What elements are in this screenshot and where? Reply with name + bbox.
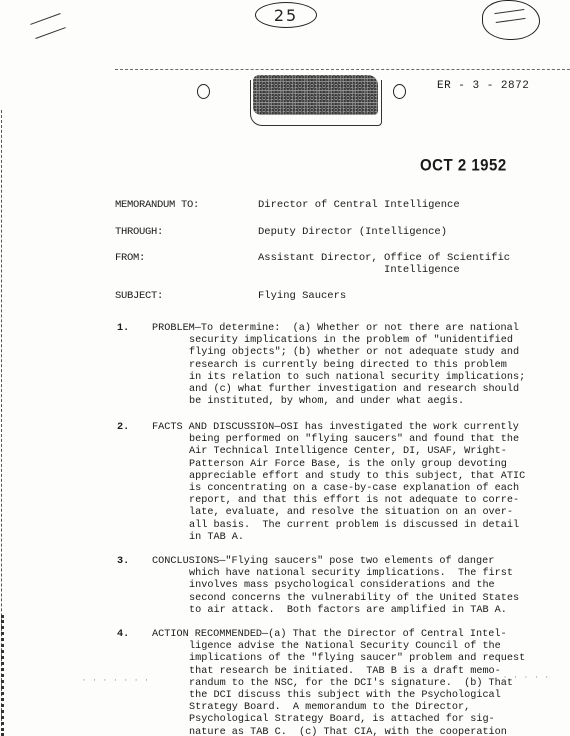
paragraph-line: ACTION RECOMMENDED—(a) That the Director…: [152, 629, 507, 641]
scanned-memo-page: 25 ER - 3 - 2872 OCT 2 1952 MEMORANDUM T…: [0, 0, 570, 736]
paragraph-line: report, and that this effort is not adeq…: [189, 495, 556, 507]
paragraph-line: involves mass psychological consideratio…: [189, 580, 531, 592]
paragraph-line: Air Technical Intelligence Center, DI, U…: [189, 446, 556, 458]
page-left-edge-binding: [1, 615, 4, 736]
paragraph-body: PROBLEM—To determine: (a) Whether or not…: [152, 323, 519, 408]
paragraph-line: in its relation to such national securit…: [189, 372, 556, 384]
header-label: SUBJECT:: [115, 290, 245, 302]
paragraph-line: and (c) what further investigation and r…: [189, 384, 556, 396]
header-value: Director of Central Intelligence: [258, 199, 460, 211]
paragraph-line: being performed on "flying saucers" and …: [189, 434, 556, 446]
paragraph-line: flying objects"; (b) whether or not adeq…: [189, 347, 556, 359]
paragraph-line: Strategy Board. A memorandum to the Dire…: [189, 702, 544, 714]
paragraph-number: 2.: [117, 422, 129, 434]
paragraph-line: Psychological Strategy Board, is attache…: [189, 714, 544, 726]
paragraph-number: 1.: [117, 323, 129, 335]
paragraph-line: which have national security implication…: [189, 568, 531, 580]
paragraph-line: randum to the NSC, for the DCI's signatu…: [189, 678, 544, 690]
paragraph-body: FACTS AND DISCUSSION—OSI has investigate…: [152, 422, 519, 544]
handwritten-scribble-mark: [30, 13, 66, 39]
paragraph-line: security implications in the problem of …: [189, 335, 556, 347]
handwritten-page-number: 25: [255, 2, 317, 28]
paragraph-line: that research be initiated. TAB B is a d…: [189, 666, 544, 678]
paragraph-line: to air attack. Both factors are amplifie…: [189, 605, 531, 617]
paragraph-line: research is currently being directed to …: [189, 360, 556, 372]
date-stamp: OCT 2 1952: [420, 156, 507, 175]
paragraph-line: nature as TAB C. (c) That CIA, with the …: [189, 727, 544, 736]
paragraph-body: ACTION RECOMMENDED—(a) That the Director…: [152, 629, 507, 736]
paragraph-body: CONCLUSIONS—"Flying saucers" pose two el…: [152, 556, 494, 617]
paragraph-line: in TAB A.: [189, 532, 556, 544]
dotted-separator-line: [115, 69, 570, 70]
reference-number: ER - 3 - 2872: [437, 80, 529, 92]
paragraph-number: 3.: [117, 556, 129, 568]
punch-hole-ring-icon: [393, 84, 406, 99]
handwritten-initials-circle: [482, 0, 540, 40]
header-label: MEMORANDUM TO:: [115, 199, 245, 211]
paragraph-number: 4.: [117, 629, 129, 641]
paragraph-line: late, evaluate, and resolve the situatio…: [189, 507, 556, 519]
header-label: THROUGH:: [115, 226, 245, 238]
paragraph-line: second concerns the vulnerability of the…: [189, 593, 531, 605]
paragraph-line: CONCLUSIONS—"Flying saucers" pose two el…: [152, 556, 494, 568]
paragraph-line: appreciable effort and study to this sub…: [189, 471, 556, 483]
margin-smudge-right: · · · · ·: [503, 674, 550, 682]
header-value: Deputy Director (Intelligence): [258, 226, 447, 238]
punch-hole-ring-icon: [197, 84, 210, 99]
paragraph-line: is concentrating on a case-by-case expla…: [189, 483, 556, 495]
paragraph-line: all basis. The current problem is discus…: [189, 520, 556, 532]
redacted-classification-block: [253, 75, 378, 115]
paragraph-line: Patterson Air Force Base, is the only gr…: [189, 459, 556, 471]
paragraph-line: PROBLEM—To determine: (a) Whether or not…: [152, 323, 519, 335]
header-value: Assistant Director, Office of Scientific…: [258, 252, 510, 276]
header-value: Flying Saucers: [258, 290, 346, 302]
margin-smudge-left: · · · · · · ·: [82, 677, 150, 685]
paragraph-line: ligence advise the National Security Cou…: [189, 641, 544, 653]
paragraph-line: implications of the "flying saucer" prob…: [189, 653, 544, 665]
paragraph-line: be instituted, by whom, and under what a…: [189, 396, 556, 408]
header-label: FROM:: [115, 252, 245, 264]
paragraph-line: FACTS AND DISCUSSION—OSI has investigate…: [152, 422, 519, 434]
paragraph-line: the DCI discuss this subject with the Ps…: [189, 690, 544, 702]
